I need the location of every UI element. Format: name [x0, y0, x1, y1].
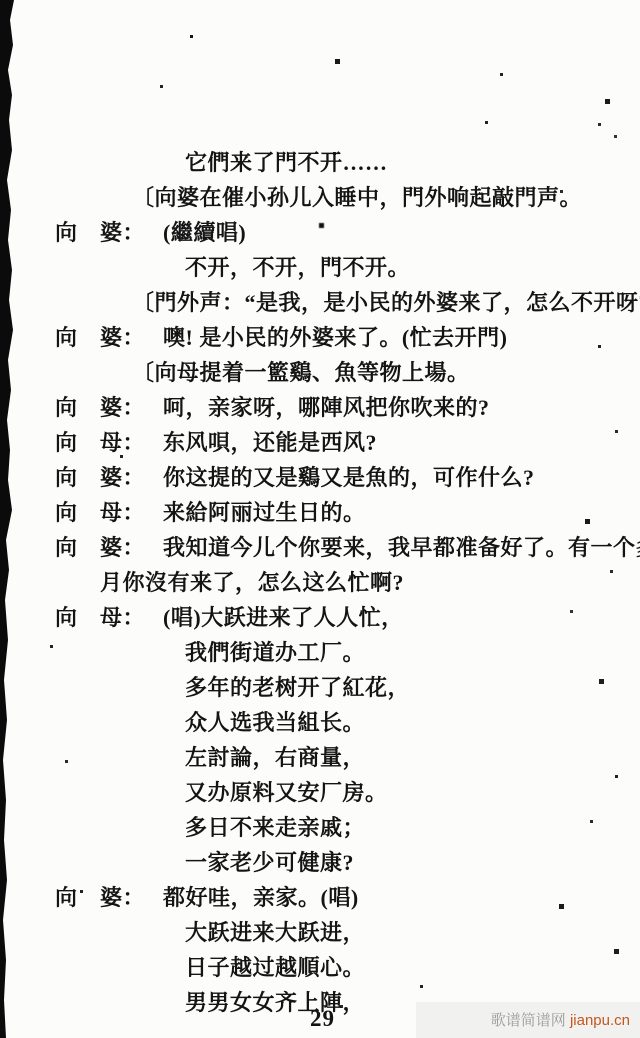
watermark-site-name: 歌谱简谱网: [491, 1012, 566, 1029]
script-page: 它們来了門不开…… 〔向婆在催小孙儿入睡中，門外响起敲門声。 向 婆：(繼續唱)…: [0, 0, 640, 1038]
script-line: 向 婆：噢! 是小民的外婆来了。(忙去开門): [0, 320, 640, 355]
lyric-line: 它們来了門不开……: [0, 145, 640, 180]
page-number: 29: [310, 1006, 335, 1032]
speaker-label: 向 婆：: [55, 320, 163, 355]
dialogue-text: 噢! 是小民的外婆来了。(忙去开門): [163, 325, 507, 350]
speaker-label: 向 母：: [55, 495, 163, 530]
dialogue-text: 来給阿丽过生日的。: [163, 500, 366, 525]
dialogue-text: 东风唄，还能是西风?: [163, 430, 377, 455]
script-line: 向 母：(唱)大跃进来了人人忙，: [0, 600, 640, 635]
script-line: 向 母：来給阿丽过生日的。: [0, 495, 640, 530]
stage-direction: 〔門外声：“是我，是小民的外婆来了，怎么不开呀?”: [0, 285, 640, 320]
speaker-label: 向 婆：: [55, 460, 163, 495]
lyric-line: 左討論，右商量，: [0, 740, 640, 775]
speaker-label: 向 母：: [55, 600, 163, 635]
lyric-line: 大跃进来大跃进，: [0, 915, 640, 950]
stage-direction: 〔向母提着一籃鷄、魚等物上場。: [0, 355, 640, 390]
speaker-label: 向 婆：: [55, 215, 163, 250]
lyric-line: 我們街道办工厂。: [0, 635, 640, 670]
script-line: 向 母：东风唄，还能是西风?: [0, 425, 640, 460]
speaker-label: 向 婆：: [55, 530, 163, 565]
speaker-label: 向 婆：: [55, 390, 163, 425]
lyric-line: 又办原料又安厂房。: [0, 775, 640, 810]
speaker-label: 向 婆：: [55, 880, 163, 915]
speaker-label: 向 母：: [55, 425, 163, 460]
dialogue-text: 我知道今儿个你要来，我早都准备好了。: [163, 535, 568, 560]
dialogue-text: (繼續唱): [163, 220, 246, 245]
lyric-line: 多日不来走亲戚；: [0, 810, 640, 845]
script-line: 向 婆：你这提的又是鷄又是魚的，可作什么?: [0, 460, 640, 495]
watermark-site-url: jianpu.cn: [570, 1012, 630, 1029]
script-line: 向 婆：(繼續唱): [0, 215, 640, 250]
lyric-line: 多年的老树开了紅花，: [0, 670, 640, 705]
dialogue-text: 呵，亲家呀，哪陣风把你吹来的?: [163, 395, 490, 420]
dialogue-text-bold: 有一个多: [568, 535, 640, 560]
dialogue-text: 你这提的又是鷄又是魚的，可作什么?: [163, 465, 535, 490]
script-line: 向 婆：呵，亲家呀，哪陣风把你吹来的?: [0, 390, 640, 425]
lyric-line: 不开，不开，門不开。: [0, 250, 640, 285]
script-line: 向 婆：我知道今儿个你要来，我早都准备好了。有一个多: [0, 530, 640, 565]
script-line: 向 婆：都好哇，亲家。(唱): [0, 880, 640, 915]
lyric-line: 众人选我当組长。: [0, 705, 640, 740]
lyric-line: 一家老少可健康?: [0, 845, 640, 880]
dialogue-text: (唱)大跃进来了人人忙，: [163, 605, 404, 630]
watermark: 歌谱简谱网 jianpu.cn: [491, 1009, 630, 1030]
stage-direction: 〔向婆在催小孙儿入睡中，門外响起敲門声。: [0, 180, 640, 215]
lyric-line: 日子越过越順心。: [0, 950, 640, 985]
dialogue-text: 都好哇，亲家。(唱): [163, 885, 359, 910]
dialogue-continuation: 月你沒有来了，怎么这么忙啊?: [0, 565, 640, 600]
